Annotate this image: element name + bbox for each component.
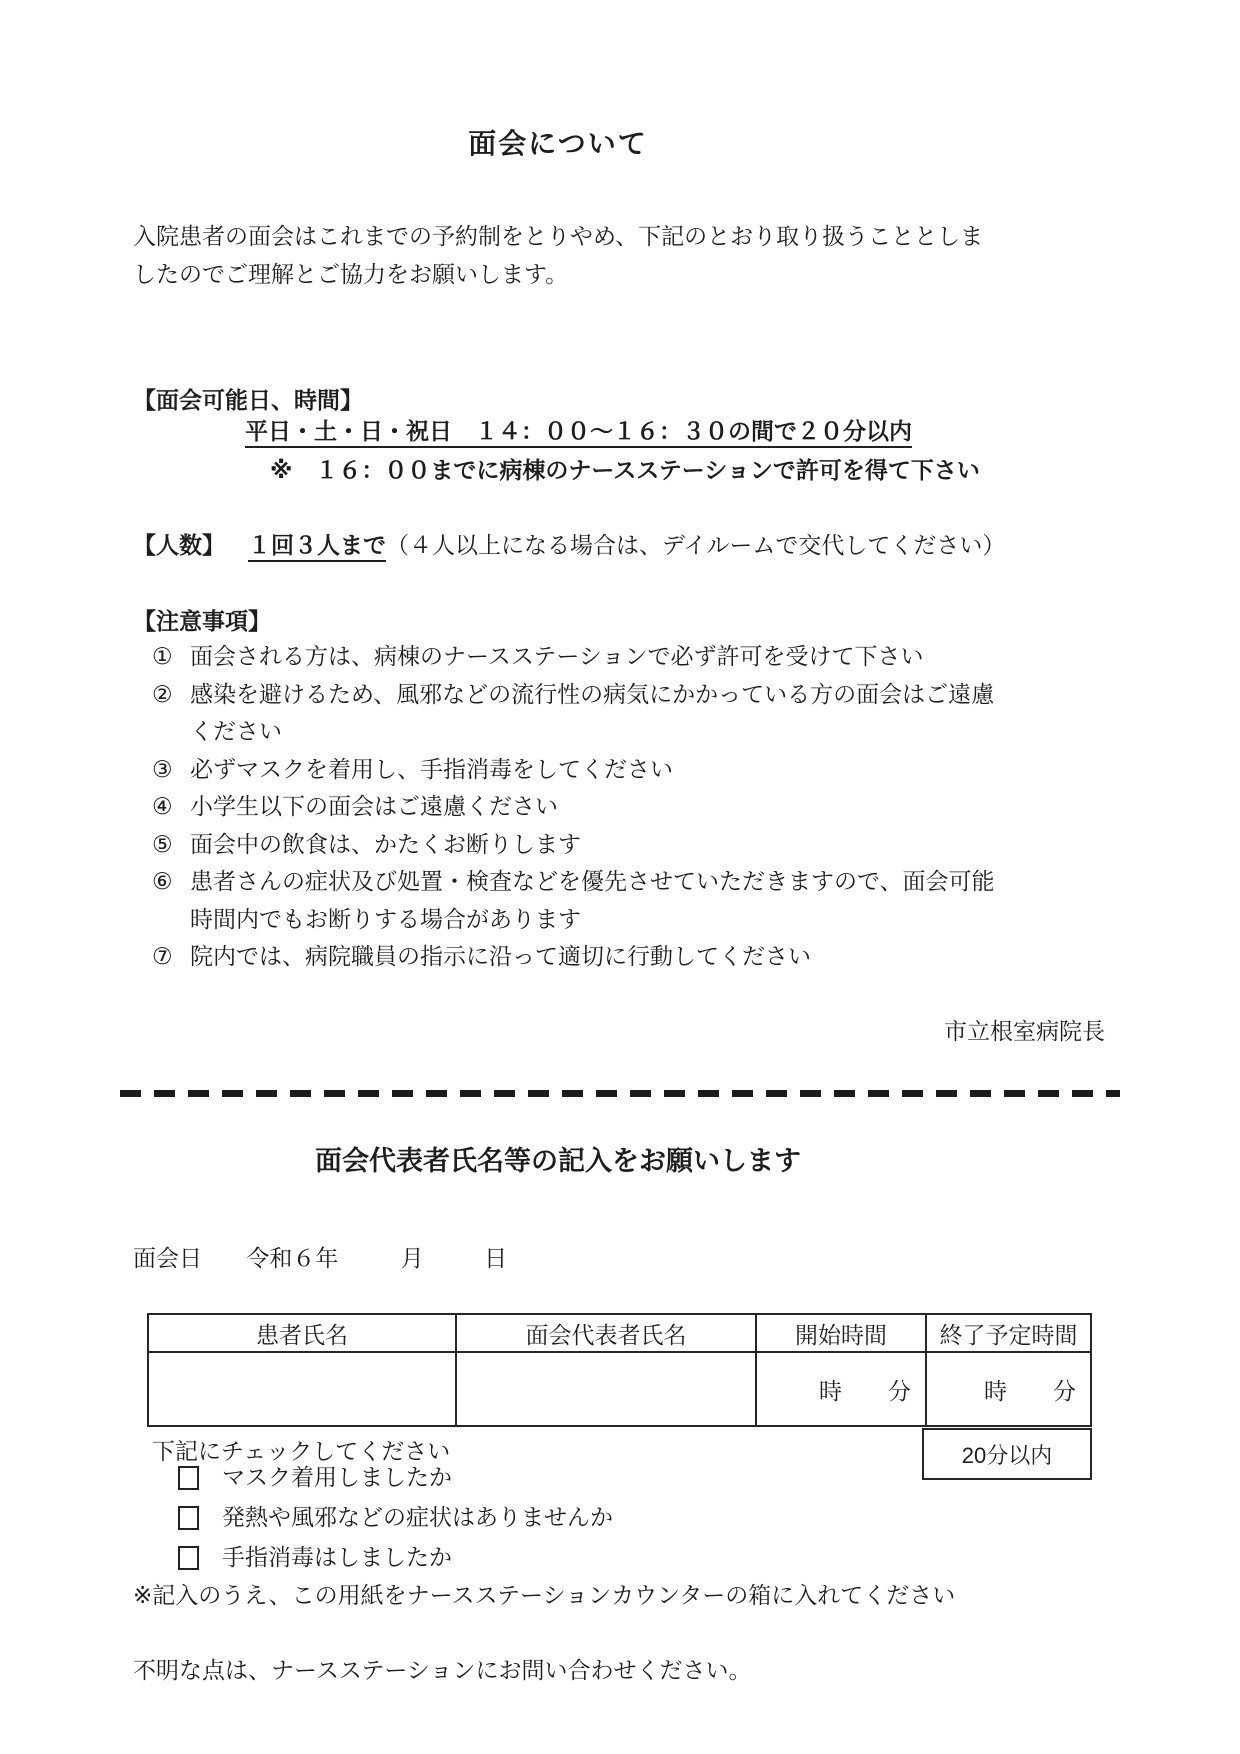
- hour-label: 時: [819, 1373, 842, 1406]
- contact-note: 不明な点は、ナースステーションにお問い合わせください。: [133, 1653, 751, 1687]
- minute-label: 分: [888, 1373, 911, 1406]
- form-heading: 面会代表者氏名等の記入をお願いします: [133, 1142, 983, 1180]
- capacity-limit: １回３人まで: [248, 532, 386, 562]
- checklist-title: 下記にチェックしてください: [152, 1434, 450, 1468]
- end-time-cell: 時 分: [925, 1353, 1090, 1425]
- checkbox-icon: [178, 1466, 199, 1490]
- note-number: ①: [152, 638, 190, 676]
- checklist-item-sanitize: 手指消毒はしましたか: [178, 1544, 613, 1571]
- note-line: 院内では、病院職員の指示に沿って適切に行動してください: [190, 938, 811, 976]
- note-line: 患者さんの症状及び処置・検査などを優先させていただきますので、面会可能: [190, 863, 995, 901]
- note-text: 小学生以下の面会はご遠慮ください: [190, 788, 558, 826]
- checkbox-icon: [178, 1546, 199, 1570]
- note-item-7: ⑦ 院内では、病院職員の指示に沿って適切に行動してください: [152, 938, 995, 976]
- signature: 市立根室病院長: [133, 1014, 1105, 1048]
- note-line: 必ずマスクを着用し、手指消毒をしてください: [190, 751, 673, 789]
- visit-date-day: 日: [484, 1241, 507, 1275]
- note-item-5: ⑤ 面会中の飲食は、かたくお断りします: [152, 826, 995, 864]
- checklist-item-mask: マスク着用しましたか: [178, 1464, 613, 1491]
- note-number: ②: [152, 676, 190, 714]
- note-number: ⑤: [152, 826, 190, 864]
- note-line: 小学生以下の面会はご遠慮ください: [190, 788, 558, 826]
- notes-heading: 【注意事項】: [133, 604, 271, 638]
- start-time-cell: 時 分: [755, 1353, 925, 1425]
- capacity-detail: （４人以上になる場合は、デイルームで交代してください）: [386, 532, 1005, 558]
- table-header-representative-name: 面会代表者氏名: [455, 1315, 755, 1353]
- note-item-3: ③ 必ずマスクを着用し、手指消毒をしてください: [152, 751, 995, 789]
- table-header-start-time: 開始時間: [755, 1315, 925, 1353]
- visiting-hours-heading: 【面会可能日、時間】: [133, 383, 363, 417]
- note-line: 感染を避けるため、風邪などの流行性の病気にかかっている方の面会はご遠慮: [190, 676, 994, 714]
- minute-label: 分: [1053, 1373, 1076, 1406]
- note-line: ください: [190, 713, 994, 751]
- document-title: 面会について: [133, 124, 983, 164]
- note-text: 患者さんの症状及び処置・検査などを優先させていただきますので、面会可能 時間内で…: [190, 863, 995, 938]
- representative-name-cell: [455, 1353, 755, 1425]
- note-item-1: ① 面会される方は、病棟のナースステーションで必ず許可を受けて下さい: [152, 638, 995, 676]
- checkbox-icon: [178, 1506, 199, 1530]
- intro-line-2: したのでご理解とご協力をお願いします。: [133, 256, 983, 294]
- checklist: マスク着用しましたか 発熱や風邪などの症状はありませんか 手指消毒はしましたか: [178, 1464, 613, 1571]
- note-item-2: ② 感染を避けるため、風邪などの流行性の病気にかかっている方の面会はご遠慮 くだ…: [152, 676, 995, 751]
- visiting-hours-rule: 平日・土・日・祝日 １４：００～１６：３０の間で２０分以内: [245, 414, 912, 448]
- note-line: 面会中の飲食は、かたくお断りします: [190, 826, 581, 864]
- note-text: 感染を避けるため、風邪などの流行性の病気にかかっている方の面会はご遠慮 ください: [190, 676, 994, 751]
- note-item-4: ④ 小学生以下の面会はご遠慮ください: [152, 788, 995, 826]
- notes-list: ① 面会される方は、病棟のナースステーションで必ず許可を受けて下さい ② 感染を…: [152, 638, 995, 976]
- table-header-end-time: 終了予定時間: [925, 1315, 1090, 1353]
- visit-date-line: 面会日 令和６年 月 日: [133, 1241, 507, 1275]
- note-text: 面会中の飲食は、かたくお断りします: [190, 826, 581, 864]
- submit-note: ※記入のうえ、この用紙をナースステーションカウンターの箱に入れてください: [133, 1578, 955, 1612]
- note-line: 面会される方は、病棟のナースステーションで必ず許可を受けて下さい: [190, 638, 923, 676]
- capacity-heading: 【人数】: [133, 532, 225, 558]
- intro-paragraph: 入院患者の面会はこれまでの予約制をとりやめ、下記のとおり取り扱うこととしま した…: [133, 218, 983, 293]
- checklist-label: マスク着用しましたか: [222, 1464, 452, 1491]
- table-header-patient-name: 患者氏名: [149, 1315, 455, 1353]
- checklist-label: 発熱や風邪などの症状はありませんか: [222, 1504, 613, 1531]
- visitor-table: 患者氏名 面会代表者氏名 開始時間 終了予定時間 時 分 時 分: [147, 1313, 1092, 1427]
- document-page: 面会について 入院患者の面会はこれまでの予約制をとりやめ、下記のとおり取り扱うこ…: [0, 0, 1240, 1754]
- visiting-hours-note: ※ １６：００までに病棟のナースステーションで許可を得て下さい: [270, 453, 980, 487]
- dashed-divider: [120, 1090, 1120, 1097]
- note-text: 院内では、病院職員の指示に沿って適切に行動してください: [190, 938, 811, 976]
- duration-limit-box: 20分以内: [922, 1428, 1092, 1480]
- intro-line-1: 入院患者の面会はこれまでの予約制をとりやめ、下記のとおり取り扱うこととしま: [133, 218, 983, 256]
- note-item-6: ⑥ 患者さんの症状及び処置・検査などを優先させていただきますので、面会可能 時間…: [152, 863, 995, 938]
- capacity-line: 【人数】１回３人まで（４人以上になる場合は、デイルームで交代してください）: [133, 528, 1005, 562]
- visit-date-month: 月: [401, 1241, 424, 1275]
- visit-date-label: 面会日: [133, 1241, 202, 1275]
- hour-label: 時: [984, 1373, 1007, 1406]
- visit-date-era: 令和６年: [246, 1241, 338, 1275]
- note-number: ④: [152, 788, 190, 826]
- note-text: 必ずマスクを着用し、手指消毒をしてください: [190, 751, 673, 789]
- note-number: ⑦: [152, 938, 190, 976]
- note-number: ③: [152, 751, 190, 789]
- note-number: ⑥: [152, 863, 190, 901]
- visiting-hours-rule-text: 平日・土・日・祝日 １４：００～１６：３０の間で２０分以内: [245, 418, 912, 448]
- patient-name-cell: [149, 1353, 455, 1425]
- checklist-label: 手指消毒はしましたか: [222, 1544, 452, 1571]
- note-text: 面会される方は、病棟のナースステーションで必ず許可を受けて下さい: [190, 638, 923, 676]
- note-line: 時間内でもお断りする場合があります: [190, 901, 995, 939]
- checklist-item-fever: 発熱や風邪などの症状はありませんか: [178, 1504, 613, 1531]
